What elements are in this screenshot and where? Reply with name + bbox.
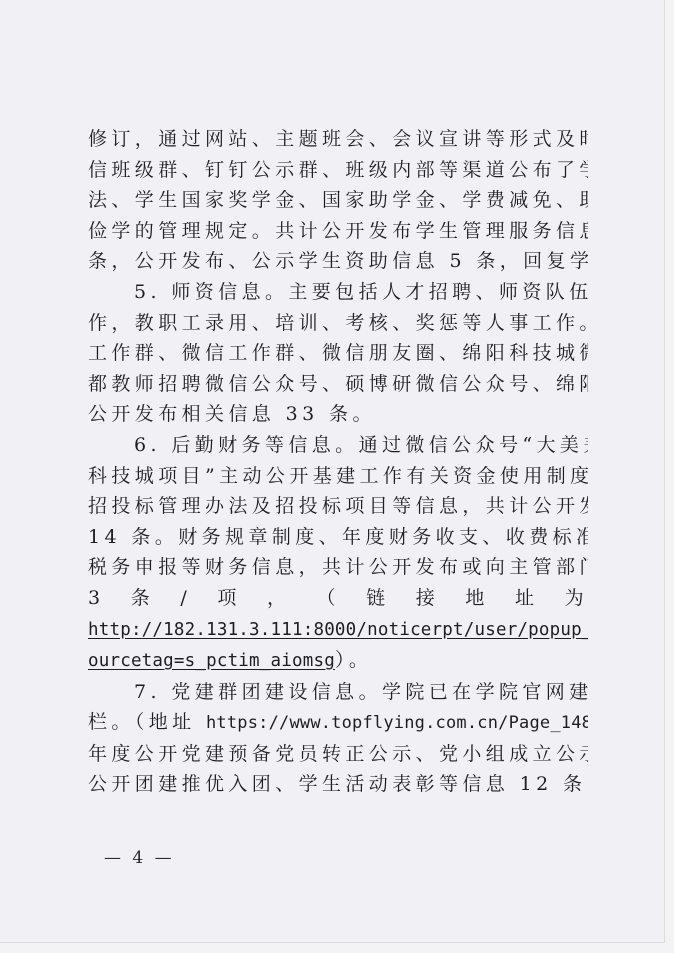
text-line: 修订，通过网站、主题班会、会议宣讲等形式及时发布。通过微 (88, 124, 588, 155)
text-fragment: 为 (565, 583, 588, 614)
text-fragment: 条 (131, 583, 154, 614)
text-line: 科技城项目”主动公开基建工作有关资金使用制度、评标纪律、 (88, 461, 588, 492)
text-line: 6. 后勤财务等信息。通过微信公众号“大美羌城泛美航空 (88, 430, 588, 461)
justified-line: 3 条 / 项 ， （ 链 接 地 址 为 (88, 583, 588, 614)
text-line: 都教师招聘微信公众号、硕博研微信公众号、绵阳人事考试网等 (88, 369, 588, 400)
paragraph-logistics-finance: 6. 后勤财务等信息。通过微信公众号“大美羌城泛美航空 科技城项目”主动公开基建… (88, 430, 588, 677)
text-fragment: 项 (217, 583, 240, 614)
text-line: 公开发布相关信息 33 条。 (88, 399, 588, 430)
text-line: 5. 师资信息。主要包括人才招聘、师资队伍建设等人才工 (88, 277, 588, 308)
text-line: 俭学的管理规定。共计公开发布学生管理服务信息相关信息 22 (88, 216, 588, 247)
notice-system-link[interactable]: http://182.131.3.111:8000/noticerpt/user… (88, 620, 588, 640)
text-line: 招投标管理办法及招投标项目等信息，共计公开发布相关信息 (88, 491, 588, 522)
notice-system-link-continued[interactable]: ourcetag=s_pctim_aiomsg (88, 651, 335, 671)
text-fragment: 3 (88, 583, 105, 614)
page-number: — 4 — (104, 848, 175, 868)
party-column-url: https://www.topflying.com.cn/Page_1489.h… (206, 713, 588, 733)
text-line: http://182.131.3.111:8000/noticerpt/user… (88, 614, 588, 646)
text-line: 14 条。财务规章制度、年度财务收支、收费标准、财务报表、 (88, 522, 588, 553)
paragraph-party-building: 7. 党建群团建设信息。学院已在学院官网建立党团建设专 栏。（地址 https:… (88, 677, 588, 800)
text-line: 工作群、微信工作群、微信朋友圈、绵阳科技城微信公众号、成 (88, 338, 588, 369)
text-line: 税务申报等财务信息，共计公开发布或向主管部门报送相关信息 (88, 552, 588, 583)
text-line: 7. 党建群团建设信息。学院已在学院官网建立党团建设专 (88, 677, 588, 708)
text-fragment: ）。 (335, 649, 372, 671)
text-line: 法、学生国家奖学金、国家助学金、学费减免、助学贷款、勤工 (88, 185, 588, 216)
text-line: 条，公开发布、公示学生资助信息 5 条，回复学生咨询 4 条。 (88, 246, 588, 277)
text-line: 信班级群、钉钉公示群、班级内部等渠道公布了学生学籍管理办 (88, 155, 588, 186)
text-line: 作，教职工录用、培训、考核、奖惩等人事工作。共计通过钉钉 (88, 308, 588, 339)
text-line: 栏。（地址 https://www.topflying.com.cn/Page_… (88, 707, 588, 739)
text-line: 年度公开党建预备党员转正公示、党小组成立公示等信息 2 条； (88, 739, 588, 770)
text-fragment: 接 (416, 583, 439, 614)
text-line: ourcetag=s_pctim_aiomsg）。 (88, 645, 588, 677)
text-fragment: 地 (465, 583, 488, 614)
document-body: 修订，通过网站、主题班会、会议宣讲等形式及时发布。通过微 信班级群、钉钉公示群、… (88, 124, 588, 800)
paragraph-faculty-info: 5. 师资信息。主要包括人才招聘、师资队伍建设等人才工 作，教职工录用、培训、考… (88, 277, 588, 430)
text-fragment: 栏。（地址 (88, 711, 196, 733)
text-fragment: 链 (366, 583, 389, 614)
paragraph-student-management: 修订，通过网站、主题班会、会议宣讲等形式及时发布。通过微 信班级群、钉钉公示群、… (88, 124, 588, 277)
text-fragment: ， (267, 583, 290, 614)
document-page: 修订，通过网站、主题班会、会议宣讲等形式及时发布。通过微 信班级群、钉钉公示群、… (0, 0, 665, 943)
text-fragment: （ (317, 583, 340, 614)
text-fragment: / (180, 583, 191, 614)
text-line: 公开团建推优入团、学生活动表彰等信息 12 条；公示教师评优 (88, 769, 588, 800)
text-fragment: 址 (515, 583, 538, 614)
